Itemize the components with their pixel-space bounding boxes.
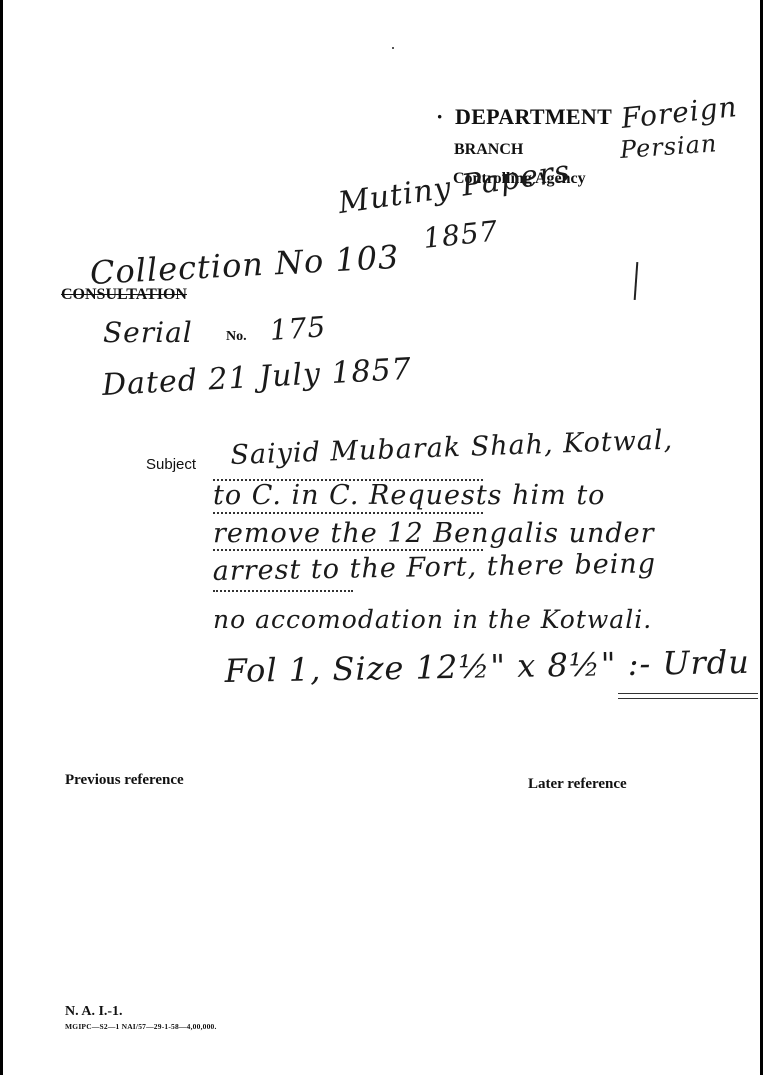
document-page: · DEPARTMENT Foreign BRANCH Persian Cont…	[3, 0, 760, 1075]
number-label: No.	[226, 329, 247, 345]
later-reference-label: Later reference	[528, 776, 627, 793]
serial-number: 175	[269, 310, 328, 347]
form-code: N. A. I.-1.	[65, 1004, 123, 1020]
subject-line-3: remove the 12 Bengalis under	[213, 518, 655, 549]
subject-dotted-line	[213, 590, 353, 592]
scan-speck	[392, 47, 394, 49]
department-label: DEPARTMENT	[455, 104, 612, 130]
branch-label: BRANCH	[454, 141, 523, 159]
language-double-underline	[618, 693, 758, 699]
department-value: Foreign	[620, 90, 739, 135]
agency-year: 1857	[422, 214, 500, 255]
subject-line-1: Saiyid Mubarak Shah, Kotwal,	[230, 425, 674, 471]
subject-dotted-line	[213, 549, 483, 551]
previous-reference-label: Previous reference	[65, 772, 184, 789]
collection-number: Collection No 103	[89, 238, 400, 292]
printer-imprint: MGIPC—S2—1 NAI/57—29-1-58—4,00,000.	[65, 1022, 217, 1031]
decorative-dot: ·	[436, 104, 443, 130]
consultation-struck-text: CONSULTATION	[61, 286, 187, 303]
serial-label: Serial	[103, 316, 193, 349]
subject-dotted-line	[213, 512, 483, 514]
subject-line-5: no accomodation in the Kotwali.	[213, 605, 652, 634]
folio-size-language: Fol 1, Size 12½" x 8½" :- Urdu	[224, 643, 750, 690]
margin-mark	[634, 262, 639, 300]
consultation-label: CONSULTATION	[61, 286, 187, 304]
subject-label: Subject	[146, 456, 196, 473]
agency-value: Mutiny Papers	[336, 154, 573, 221]
subject-line-2: to C. in C. Requests him to	[213, 480, 605, 511]
date-entry: Dated 21 July 1857	[101, 352, 412, 403]
branch-value: Persian	[619, 129, 718, 164]
subject-line-4: arrest to the Fort, there being	[212, 548, 656, 587]
